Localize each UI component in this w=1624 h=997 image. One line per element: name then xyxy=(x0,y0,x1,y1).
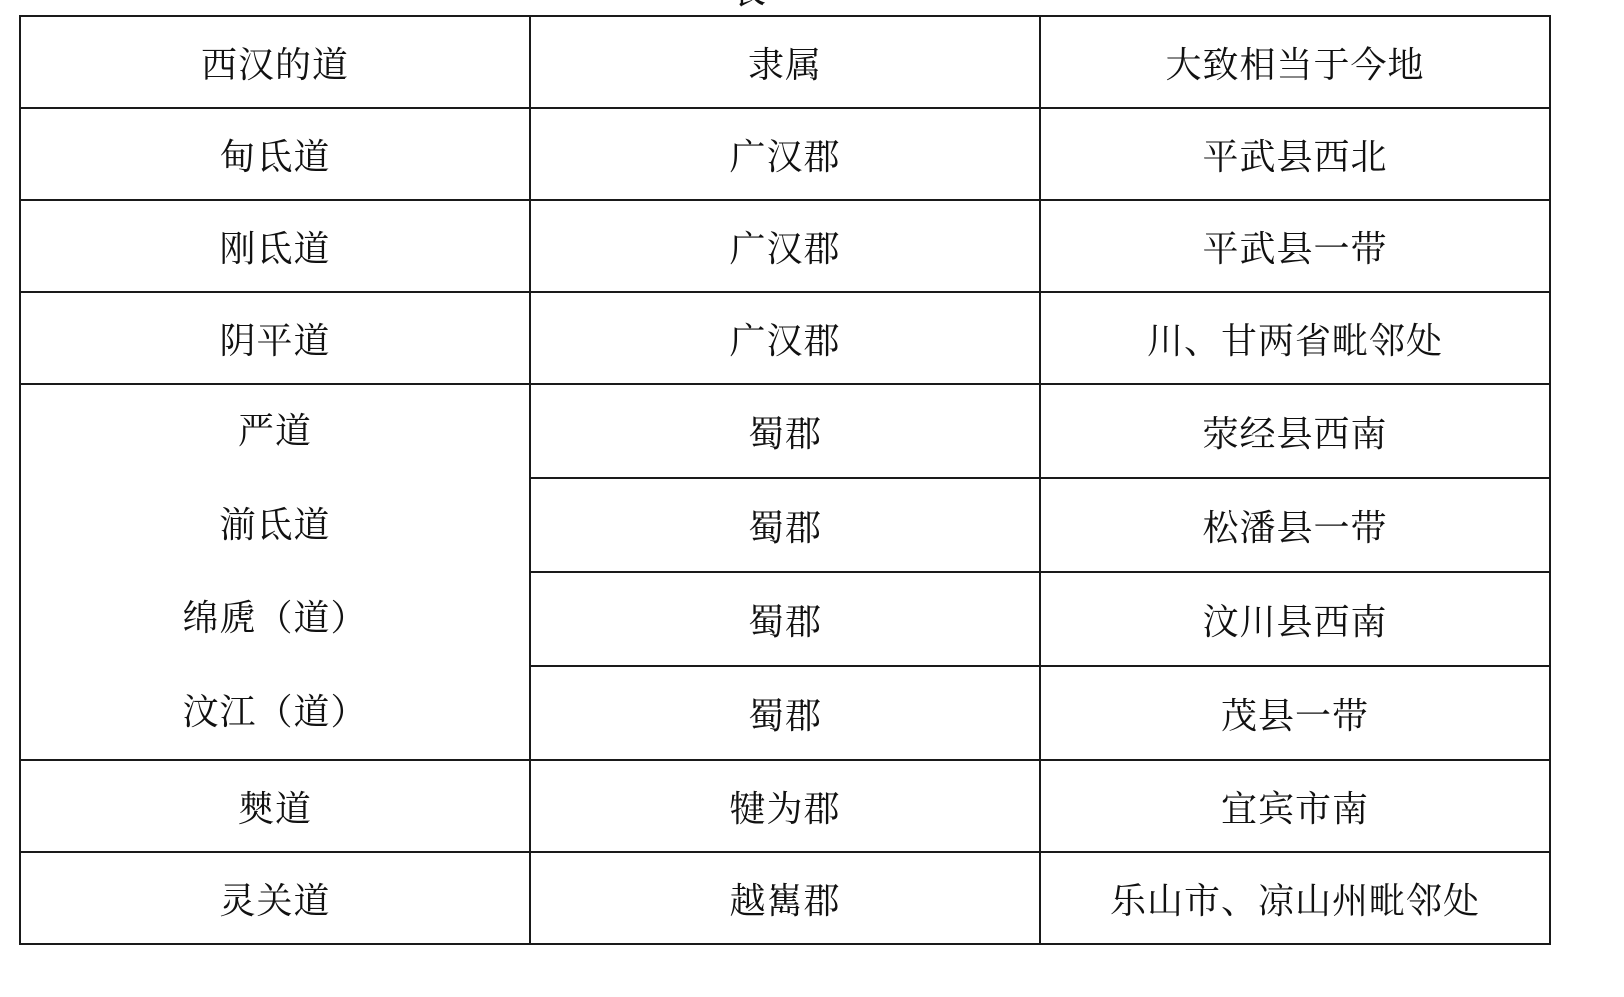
cell-modern-location: 平武县西北 xyxy=(1040,108,1550,200)
cell-dao: 刚氐道 xyxy=(20,200,530,292)
merged-dao-cell: 严道 湔氐道 绵虒（道） 汶江（道） xyxy=(20,384,530,760)
cell-commandery: 广汉郡 xyxy=(530,292,1040,384)
header-row: 西汉的道 隶属 大致相当于今地 xyxy=(20,16,1550,108)
cell-commandery: 蜀郡 xyxy=(530,384,1040,478)
merged-dao-line: 汶江（道） xyxy=(21,666,529,760)
table-row: 严道 湔氐道 绵虒（道） 汶江（道） 蜀郡 荥经县西南 xyxy=(20,384,1550,478)
table-title-fragment: 表 xyxy=(730,0,766,10)
cell-modern-location: 茂县一带 xyxy=(1040,666,1550,760)
merged-dao-stack: 严道 湔氐道 绵虒（道） 汶江（道） xyxy=(21,385,529,759)
table-row: 灵关道 越嶲郡 乐山市、凉山州毗邻处 xyxy=(20,852,1550,944)
cell-commandery: 广汉郡 xyxy=(530,108,1040,200)
header-modern-location: 大致相当于今地 xyxy=(1040,16,1550,108)
cell-dao: 甸氐道 xyxy=(20,108,530,200)
merged-dao-line: 严道 xyxy=(21,385,529,479)
merged-dao-line: 湔氐道 xyxy=(21,479,529,573)
table-row: 僰道 犍为郡 宜宾市南 xyxy=(20,760,1550,852)
cell-commandery: 蜀郡 xyxy=(530,478,1040,572)
cell-dao: 阴平道 xyxy=(20,292,530,384)
table-row: 阴平道 广汉郡 川、甘两省毗邻处 xyxy=(20,292,1550,384)
cell-dao: 僰道 xyxy=(20,760,530,852)
cell-modern-location: 汶川县西南 xyxy=(1040,572,1550,666)
cell-dao: 灵关道 xyxy=(20,852,530,944)
cell-commandery: 越嶲郡 xyxy=(530,852,1040,944)
cell-modern-location: 平武县一带 xyxy=(1040,200,1550,292)
cell-commandery: 蜀郡 xyxy=(530,572,1040,666)
header-commandery: 隶属 xyxy=(530,16,1040,108)
cell-modern-location: 荥经县西南 xyxy=(1040,384,1550,478)
cell-modern-location: 宜宾市南 xyxy=(1040,760,1550,852)
cell-commandery: 犍为郡 xyxy=(530,760,1040,852)
cell-commandery: 广汉郡 xyxy=(530,200,1040,292)
header-dao: 西汉的道 xyxy=(20,16,530,108)
western-han-dao-table: 西汉的道 隶属 大致相当于今地 甸氐道 广汉郡 平武县西北 刚氐道 广汉郡 平武… xyxy=(19,15,1551,945)
cell-modern-location: 松潘县一带 xyxy=(1040,478,1550,572)
cell-modern-location: 川、甘两省毗邻处 xyxy=(1040,292,1550,384)
cell-commandery: 蜀郡 xyxy=(530,666,1040,760)
table-row: 刚氐道 广汉郡 平武县一带 xyxy=(20,200,1550,292)
table-row: 甸氐道 广汉郡 平武县西北 xyxy=(20,108,1550,200)
merged-dao-line: 绵虒（道） xyxy=(21,572,529,666)
cell-modern-location: 乐山市、凉山州毗邻处 xyxy=(1040,852,1550,944)
